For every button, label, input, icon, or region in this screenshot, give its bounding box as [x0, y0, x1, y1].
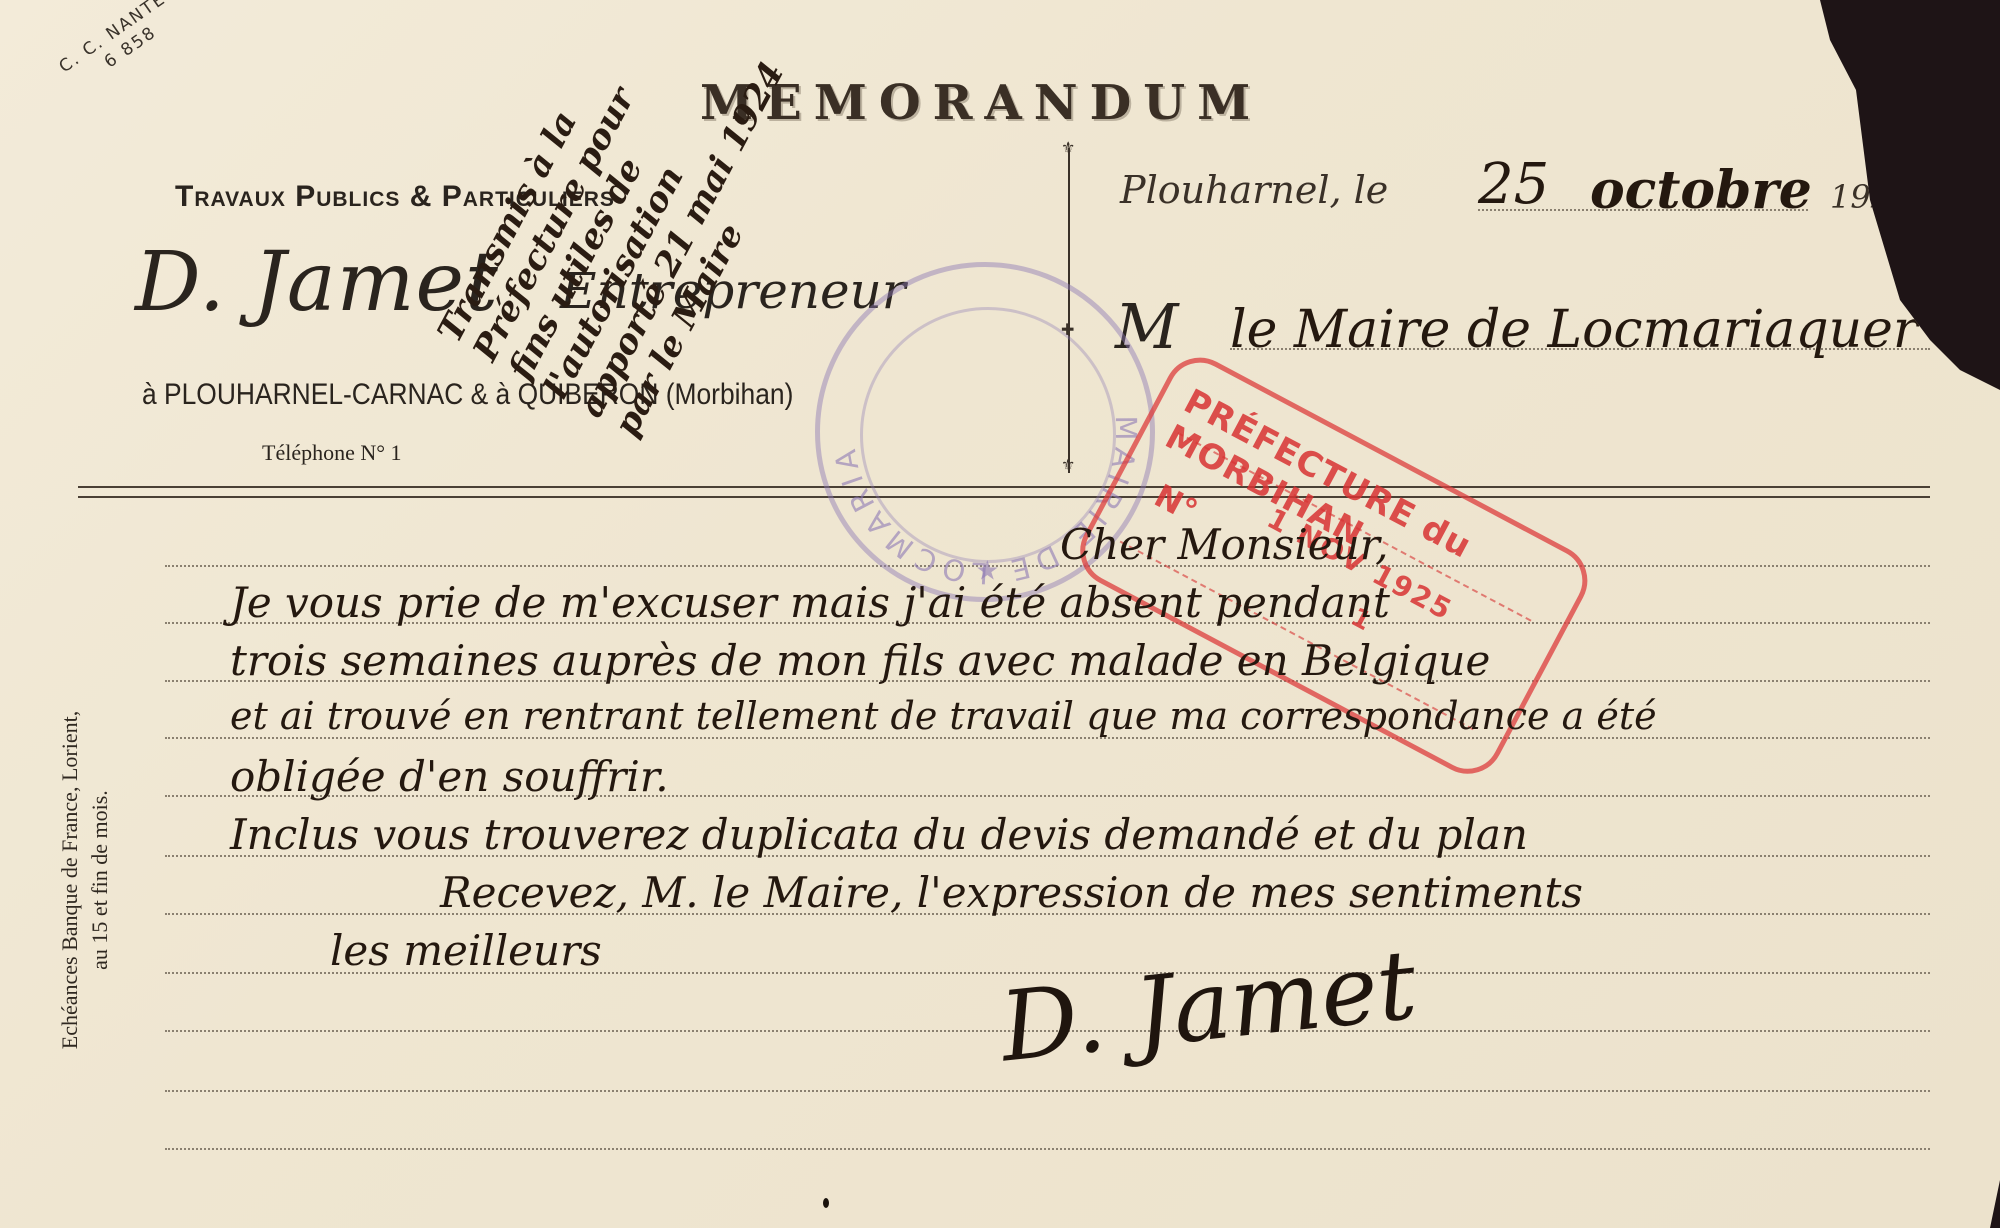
margin-annotation: Transmis à la Préfecture pour fins utile…	[430, 0, 828, 443]
recipient: le Maire de Locmariaquer	[1230, 300, 1918, 360]
date-day: 25	[1478, 152, 1549, 217]
body-line: Inclus vous trouverez duplicata du devis…	[230, 810, 1528, 859]
body-line: trois semaines auprès de mon fils avec m…	[230, 636, 1490, 685]
ruled-line	[165, 1148, 1930, 1150]
ruled-line	[165, 1090, 1930, 1092]
body-line: obligée d'en souffrir.	[230, 752, 669, 801]
signature: D. Jamet	[995, 929, 1421, 1084]
side-note-line-1: Echéances Banque de France, Lorient,	[55, 550, 85, 1210]
company-address: à PLOUHARNEL-CARNAC & à QUIBERON (Morbih…	[142, 378, 793, 412]
place-label: Plouharnel, le	[1120, 168, 1388, 212]
body-line: et ai trouvé en rentrant tellement de tr…	[230, 694, 1657, 738]
letter-paper: C. C. NANTES 6 858 MEMORANDUM Travaux Pu…	[0, 0, 2000, 1228]
side-note: Echéances Banque de France, Lorient, au …	[55, 550, 115, 1210]
corner-stamp: C. C. NANTES 6 858	[55, 0, 194, 96]
body-line: les meilleurs	[330, 926, 602, 975]
company-phone: Téléphone N° 1	[262, 440, 402, 466]
date-month: octobre	[1590, 160, 1812, 221]
body-line: Je vous prie de m'excuser mais j'ai été …	[230, 578, 1390, 627]
fleur-ornament-icon: ⚜	[1061, 138, 1075, 158]
side-note-line-2: au 15 et fin de mois.	[85, 550, 115, 1210]
body-line: Recevez, M. le Maire, l'expression de me…	[440, 868, 1583, 917]
salutation: Cher Monsieur,	[1060, 520, 1389, 569]
ink-dot	[823, 1198, 829, 1208]
